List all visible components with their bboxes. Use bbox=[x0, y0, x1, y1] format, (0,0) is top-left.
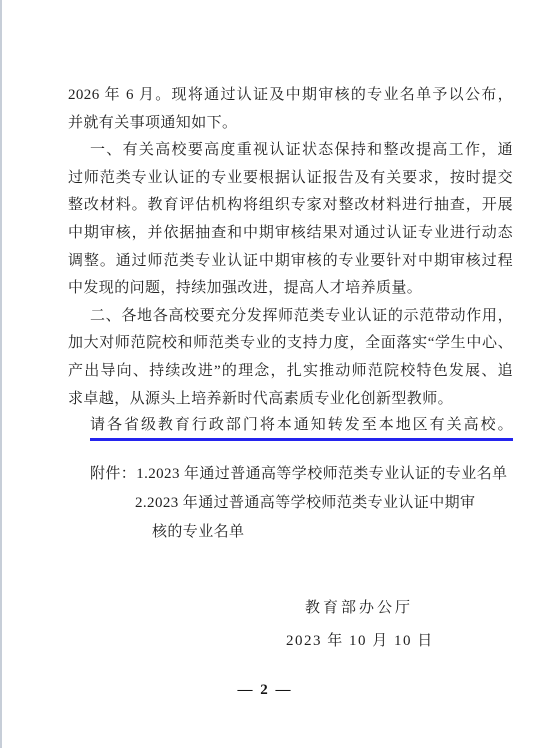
body-line: 中发现的问题，持续加强改进，提高人才培养质量。 bbox=[68, 275, 513, 303]
attachment-item-1: 1.2023 年通过普通高等学校师范类专业认证的专业名单 bbox=[136, 466, 507, 482]
scanned-document-page: 2026 年 6 月。现将通过认证及中期审核的专业名单予以公布， 并就有关事项通… bbox=[0, 0, 552, 748]
scan-edge-artifact bbox=[0, 0, 2, 748]
page-number: — 2 — bbox=[0, 682, 530, 699]
attachment-label: 附件： bbox=[90, 466, 136, 482]
signature-issuer: 教育部办公厅 bbox=[305, 596, 413, 620]
body-line-section-1: 一、有关高校要高度重视认证状态保持和整改提高工作，通 bbox=[90, 137, 513, 165]
signature-date: 2023 年 10 月 10 日 bbox=[286, 629, 434, 653]
body-line: 加大对师范院校和师范类专业的支持力度，全面落实“学生中心、 bbox=[68, 330, 513, 358]
attachment-item-2: 2.2023 年通过普通高等学校师范类专业认证中期审 bbox=[135, 489, 513, 518]
body-line: 并就有关事项通知如下。 bbox=[68, 110, 513, 138]
body-line-section-2: 二、各地各高校要充分发挥师范类专业认证的示范带动作用， bbox=[90, 303, 513, 331]
attachment-line: 附件：1.2023 年通过普通高等学校师范类专业认证的专业名单 bbox=[90, 460, 513, 489]
body-line: 产出导向、持续改进”的理念，扎实推动师范院校特色发展、追 bbox=[68, 358, 513, 386]
body-line: 调整。通过师范类专业认证中期审核的专业要针对中期审核过程 bbox=[68, 248, 513, 276]
body-line: 2026 年 6 月。现将通过认证及中期审核的专业名单予以公布， bbox=[68, 82, 513, 110]
attachment-item-2-continuation: 核的专业名单 bbox=[152, 518, 513, 547]
body-line: 整改材料。教育评估机构将组织专家对整改材料进行抽查，开展 bbox=[68, 192, 513, 220]
body-line: 过师范类专业认证的专业要根据认证报告及有关要求，按时提交 bbox=[68, 165, 513, 193]
document-body: 2026 年 6 月。现将通过认证及中期审核的专业名单予以公布， 并就有关事项通… bbox=[68, 82, 513, 441]
attachment-block: 附件：1.2023 年通过普通高等学校师范类专业认证的专业名单 2.2023 年… bbox=[68, 460, 513, 547]
body-line: 中期审核，并依据抽查和中期审核结果对通过认证专业进行动态 bbox=[68, 220, 513, 248]
forward-notice-line-highlighted: 请各省级教育行政部门将本通知转发至本地区有关高校。 bbox=[90, 413, 513, 441]
body-line: 求卓越，从源头上培养新时代高素质专业化创新型教师。 bbox=[68, 386, 513, 414]
